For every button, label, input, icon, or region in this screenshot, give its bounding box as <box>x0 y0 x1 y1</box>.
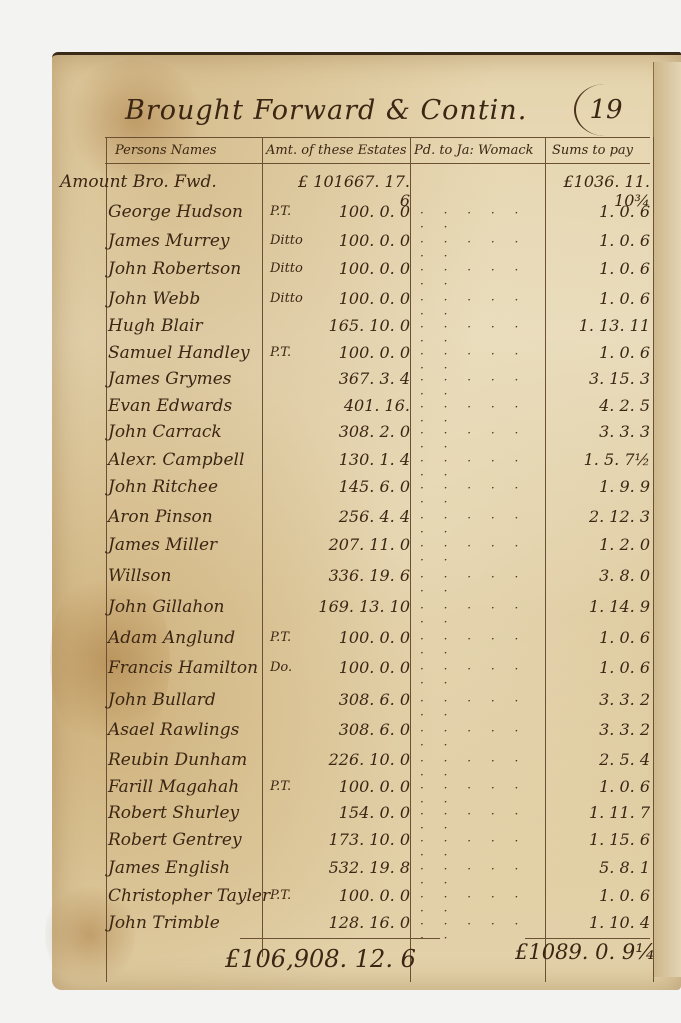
estate-amount: 100. 0. 0 <box>285 658 410 677</box>
person-name: Alexr. Campbell <box>108 450 244 470</box>
commission-amount: 1. 5. 7½ <box>550 450 650 469</box>
person-name: Samuel Handley <box>108 343 250 363</box>
commission-amount: 1. 0. 6 <box>550 259 650 278</box>
person-name: John Trimble <box>108 913 220 933</box>
commission-amount: 1. 0. 6 <box>550 202 650 221</box>
person-name: Francis Hamilton <box>108 658 258 678</box>
dot-leader: · · · · · · · <box>420 662 540 690</box>
ledger-row: James English 532. 19. 8 · · · · · · · 5… <box>60 858 650 884</box>
dot-leader: · · · · · · · <box>420 539 540 567</box>
ledger-row: John Ritchee 145. 6. 0 · · · · · · · 1. … <box>60 477 650 503</box>
estate-amount: 130. 1. 4 <box>285 450 410 469</box>
ledger-row: Adam Anglund P.T. 100. 0. 0 · · · · · · … <box>60 628 650 654</box>
total-commission: £1089. 0. 9¼ <box>515 940 656 964</box>
estate-amount: 100. 0. 0 <box>285 343 410 362</box>
total-rule-estates <box>240 938 440 939</box>
header-estates: Amt. of these Estates <box>266 143 407 158</box>
person-name: John Carrack <box>108 422 222 442</box>
person-name: James Grymes <box>108 369 231 389</box>
estate-amount: 367. 3. 4 <box>285 369 410 388</box>
page-title: Brought Forward & Contin. <box>125 95 527 126</box>
commission-amount: 2. 12. 3 <box>550 507 650 526</box>
person-name: Evan Edwards <box>108 396 232 416</box>
ledger-row: John Trimble 128. 16. 0 · · · · · · · 1.… <box>60 913 650 939</box>
commission-amount: 1. 0. 6 <box>550 343 650 362</box>
ledger-row: Samuel Handley P.T. 100. 0. 0 · · · · · … <box>60 343 650 369</box>
estate-amount: 532. 19. 8 <box>285 858 410 877</box>
estate-amount: 100. 0. 0 <box>285 886 410 905</box>
person-name: Aron Pinson <box>108 507 213 527</box>
ledger-row: Reubin Dunham 226. 10. 0 · · · · · · · 2… <box>60 750 650 776</box>
dot-leader: · · · · · · · <box>420 570 540 598</box>
ledger-row: John Robertson Ditto 100. 0. 0 · · · · ·… <box>60 259 650 285</box>
person-name: John Ritchee <box>108 477 218 497</box>
estate-amount: 100. 0. 0 <box>285 628 410 647</box>
ledger-row: Francis Hamilton Do. 100. 0. 0 · · · · ·… <box>60 658 650 684</box>
column-rule-right <box>653 137 654 982</box>
header-rule-top <box>105 137 650 138</box>
ledger-row: Hugh Blair 165. 10. 0 · · · · · · · 1. 1… <box>60 316 650 342</box>
person-name: James Miller <box>108 535 217 555</box>
commission-amount: 3. 3. 2 <box>550 720 650 739</box>
person-name: John Bullard <box>108 690 216 710</box>
estate-amount: 308. 6. 0 <box>285 690 410 709</box>
header-persons-names: Persons Names <box>115 143 217 158</box>
commission-amount: 1. 0. 6 <box>550 886 650 905</box>
commission-amount: 1. 0. 6 <box>550 231 650 250</box>
ledger-row: Aron Pinson 256. 4. 4 · · · · · · · 2. 1… <box>60 507 650 533</box>
person-name: Hugh Blair <box>108 316 203 336</box>
estate-amount: 100. 0. 0 <box>285 777 410 796</box>
dot-leader: · · · · · · · <box>420 724 540 752</box>
commission-amount: 3. 3. 3 <box>550 422 650 441</box>
estate-amount: 308. 6. 0 <box>285 720 410 739</box>
person-name: Christopher Tayler <box>108 886 270 906</box>
dot-leader: · · · · · · · <box>420 481 540 509</box>
ledger-row: Alexr. Campbell 130. 1. 4 · · · · · · · … <box>60 450 650 476</box>
dot-leader: · · · · · · · <box>420 601 540 629</box>
ledger-row: Farill Magahah P.T. 100. 0. 0 · · · · · … <box>60 777 650 803</box>
estate-amount: 165. 10. 0 <box>285 316 410 335</box>
estate-amount: 207. 11. 0 <box>285 535 410 554</box>
dot-leader: · · · · · · · <box>420 632 540 660</box>
estate-amount: 401. 16. <box>285 396 410 415</box>
person-name: John Gillahon <box>108 597 225 617</box>
estate-amount: 100. 0. 0 <box>285 289 410 308</box>
commission-amount: 4. 2. 5 <box>550 396 650 415</box>
commission-amount: 1. 0. 6 <box>550 777 650 796</box>
ledger-row: Robert Gentrey 173. 10. 0 · · · · · · · … <box>60 830 650 856</box>
estate-amount: 154. 0. 0 <box>285 803 410 822</box>
commission-amount: 1. 13. 11 <box>550 316 650 335</box>
ledger-row: Willson 336. 19. 6 · · · · · · · 3. 8. 0 <box>60 566 650 592</box>
commission-amount: 1. 2. 0 <box>550 535 650 554</box>
commission-amount: 1. 14. 9 <box>550 597 650 616</box>
person-name: James English <box>108 858 230 878</box>
person-name: John Robertson <box>108 259 241 279</box>
person-name: Robert Shurley <box>108 803 239 823</box>
estate-amount: 173. 10. 0 <box>285 830 410 849</box>
ledger-row: Robert Shurley 154. 0. 0 · · · · · · · 1… <box>60 803 650 829</box>
ledger-row: John Webb Ditto 100. 0. 0 · · · · · · · … <box>60 289 650 315</box>
commission-amount: 3. 8. 0 <box>550 566 650 585</box>
ledger-row: James Murrey Ditto 100. 0. 0 · · · · · ·… <box>60 231 650 257</box>
estate-amount: 100. 0. 0 <box>285 202 410 221</box>
person-name: Adam Anglund <box>108 628 235 648</box>
person-name: Reubin Dunham <box>108 750 247 770</box>
ledger-row: John Carrack 308. 2. 0 · · · · · · · 3. … <box>60 422 650 448</box>
header-sums: Sums to pay <box>552 143 633 158</box>
person-name: Farill Magahah <box>108 777 239 797</box>
ledger-row: John Bullard 308. 6. 0 · · · · · · · 3. … <box>60 690 650 716</box>
commission-amount: 1. 10. 4 <box>550 913 650 932</box>
commission-amount: 1. 0. 6 <box>550 289 650 308</box>
ledger-row: Christopher Tayler P.T. 100. 0. 0 · · · … <box>60 886 650 912</box>
person-name: Asael Rawlings <box>108 720 239 740</box>
ledger-row: George Hudson P.T. 100. 0. 0 · · · · · ·… <box>60 202 650 228</box>
ledger-row: James Miller 207. 11. 0 · · · · · · · 1.… <box>60 535 650 561</box>
header-commission: Pd. to Ja: Womack <box>414 143 534 158</box>
estate-amount: 145. 6. 0 <box>285 477 410 496</box>
person-name: Amount Bro. Fwd. <box>60 172 217 192</box>
commission-amount: 1. 9. 9 <box>550 477 650 496</box>
person-name: Willson <box>108 566 171 586</box>
estate-amount: 226. 10. 0 <box>285 750 410 769</box>
dot-leader: · · · · · · · <box>420 263 540 291</box>
person-name: James Murrey <box>108 231 230 251</box>
dot-leader: · · · · · · · <box>420 694 540 722</box>
commission-amount: 1. 0. 6 <box>550 658 650 677</box>
page-number: 19 <box>574 84 636 136</box>
dot-leader: · · · · · · · <box>420 206 540 234</box>
person-name: George Hudson <box>108 202 243 222</box>
estate-amount: 256. 4. 4 <box>285 507 410 526</box>
person-name: John Webb <box>108 289 200 309</box>
ledger-row: Amount Bro. Fwd. £ 101667. 17. 6 £1036. … <box>60 172 650 198</box>
ledger-row: James Grymes 367. 3. 4 · · · · · · · 3. … <box>60 369 650 395</box>
commission-amount: 3. 3. 2 <box>550 690 650 709</box>
ledger-row: Evan Edwards 401. 16. · · · · · · · 4. 2… <box>60 396 650 422</box>
commission-amount: 5. 8. 1 <box>550 858 650 877</box>
estate-amount: 100. 0. 0 <box>285 259 410 278</box>
commission-amount: 1. 11. 7 <box>550 803 650 822</box>
ledger-row: John Gillahon 169. 13. 10 · · · · · · · … <box>60 597 650 623</box>
commission-amount: 1. 15. 6 <box>550 830 650 849</box>
commission-amount: 1. 0. 6 <box>550 628 650 647</box>
commission-amount: 3. 15. 3 <box>550 369 650 388</box>
commission-amount: 2. 5. 4 <box>550 750 650 769</box>
estate-amount: 128. 16. 0 <box>285 913 410 932</box>
total-rule-commission <box>525 938 650 939</box>
header-rule-bottom <box>105 163 650 164</box>
estate-amount: 169. 13. 10 <box>285 597 410 616</box>
estate-amount: 308. 2. 0 <box>285 422 410 441</box>
estate-amount: 100. 0. 0 <box>285 231 410 250</box>
facing-page-edge <box>653 62 681 977</box>
total-estates: £106,908. 12. 6 <box>225 945 416 973</box>
estate-amount: 336. 19. 6 <box>285 566 410 585</box>
ledger-row: Asael Rawlings 308. 6. 0 · · · · · · · 3… <box>60 720 650 746</box>
person-name: Robert Gentrey <box>108 830 242 850</box>
